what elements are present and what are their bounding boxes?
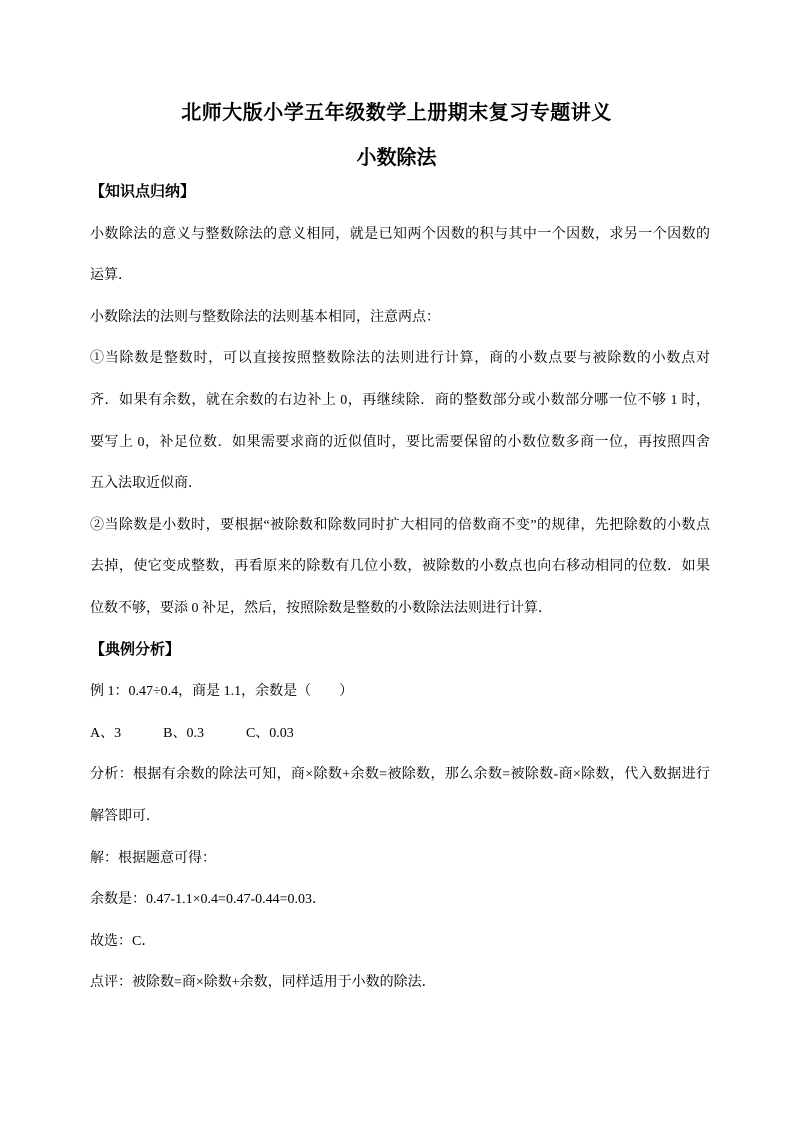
knowledge-rule2-line: 位数不够，要添 0 补足，然后，按照除数是整数的小数除法法则进行计算．	[90, 588, 710, 630]
solution-calculation: 余数是：0.47-1.1×0.4=0.47-0.44=0.03．	[90, 879, 710, 921]
example-question: 例 1：0.47÷0.4，商是 1.1，余数是（ ）	[90, 671, 710, 713]
solution-intro: 解：根据题意可得：	[90, 838, 710, 880]
knowledge-rule2-line: ②当除数是小数时，要根据“被除数和除数同时扩大相同的倍数商不变”的规律，先把除数…	[90, 505, 710, 547]
knowledge-text-line: 小数除法的法则与整数除法的法则基本相同，注意两点：	[90, 297, 710, 339]
analysis-line: 分析：根据有余数的除法可知，商×除数+余数=被除数，那么余数=被除数-商×除数，…	[90, 754, 710, 796]
comment-line: 点评：被除数=商×除数+余数，同样适用于小数的除法．	[90, 962, 710, 1004]
analysis-line: 解答即可．	[90, 796, 710, 838]
document-body: 【知识点归纳】 小数除法的意义与整数除法的意义相同，就是已知两个因数的积与其中一…	[90, 172, 710, 1004]
answer-options: A、3 B、0.3 C、0.03	[90, 713, 710, 755]
document-subtitle: 小数除法	[0, 144, 793, 172]
knowledge-rule1-line: 要写上 0，补足位数．如果需要求商的近似值时，要比需要保留的小数位数多商一位，再…	[90, 422, 710, 464]
section-header-knowledge-points: 【知识点归纳】	[90, 172, 710, 214]
document-title: 北师大版小学五年级数学上册期末复习专题讲义	[0, 99, 793, 127]
answer-choice: 故选：C．	[90, 921, 710, 963]
section-header-example-analysis: 【典例分析】	[90, 630, 710, 672]
document-page: 北师大版小学五年级数学上册期末复习专题讲义 小数除法 【知识点归纳】 小数除法的…	[0, 0, 793, 1122]
knowledge-rule1-line: 齐．如果有余数，就在余数的右边补上 0，再继续除．商的整数部分或小数部分哪一位不…	[90, 380, 710, 422]
knowledge-rule2-line: 去掉，使它变成整数，再看原来的除数有几位小数，被除数的小数点也向右移动相同的位数…	[90, 546, 710, 588]
knowledge-rule1-line: 五入法取近似商．	[90, 463, 710, 505]
knowledge-rule1-line: ①当除数是整数时，可以直接按照整数除法的法则进行计算，商的小数点要与被除数的小数…	[90, 338, 710, 380]
knowledge-text-line: 运算．	[90, 255, 710, 297]
knowledge-text-line: 小数除法的意义与整数除法的意义相同，就是已知两个因数的积与其中一个因数，求另一个…	[90, 214, 710, 256]
